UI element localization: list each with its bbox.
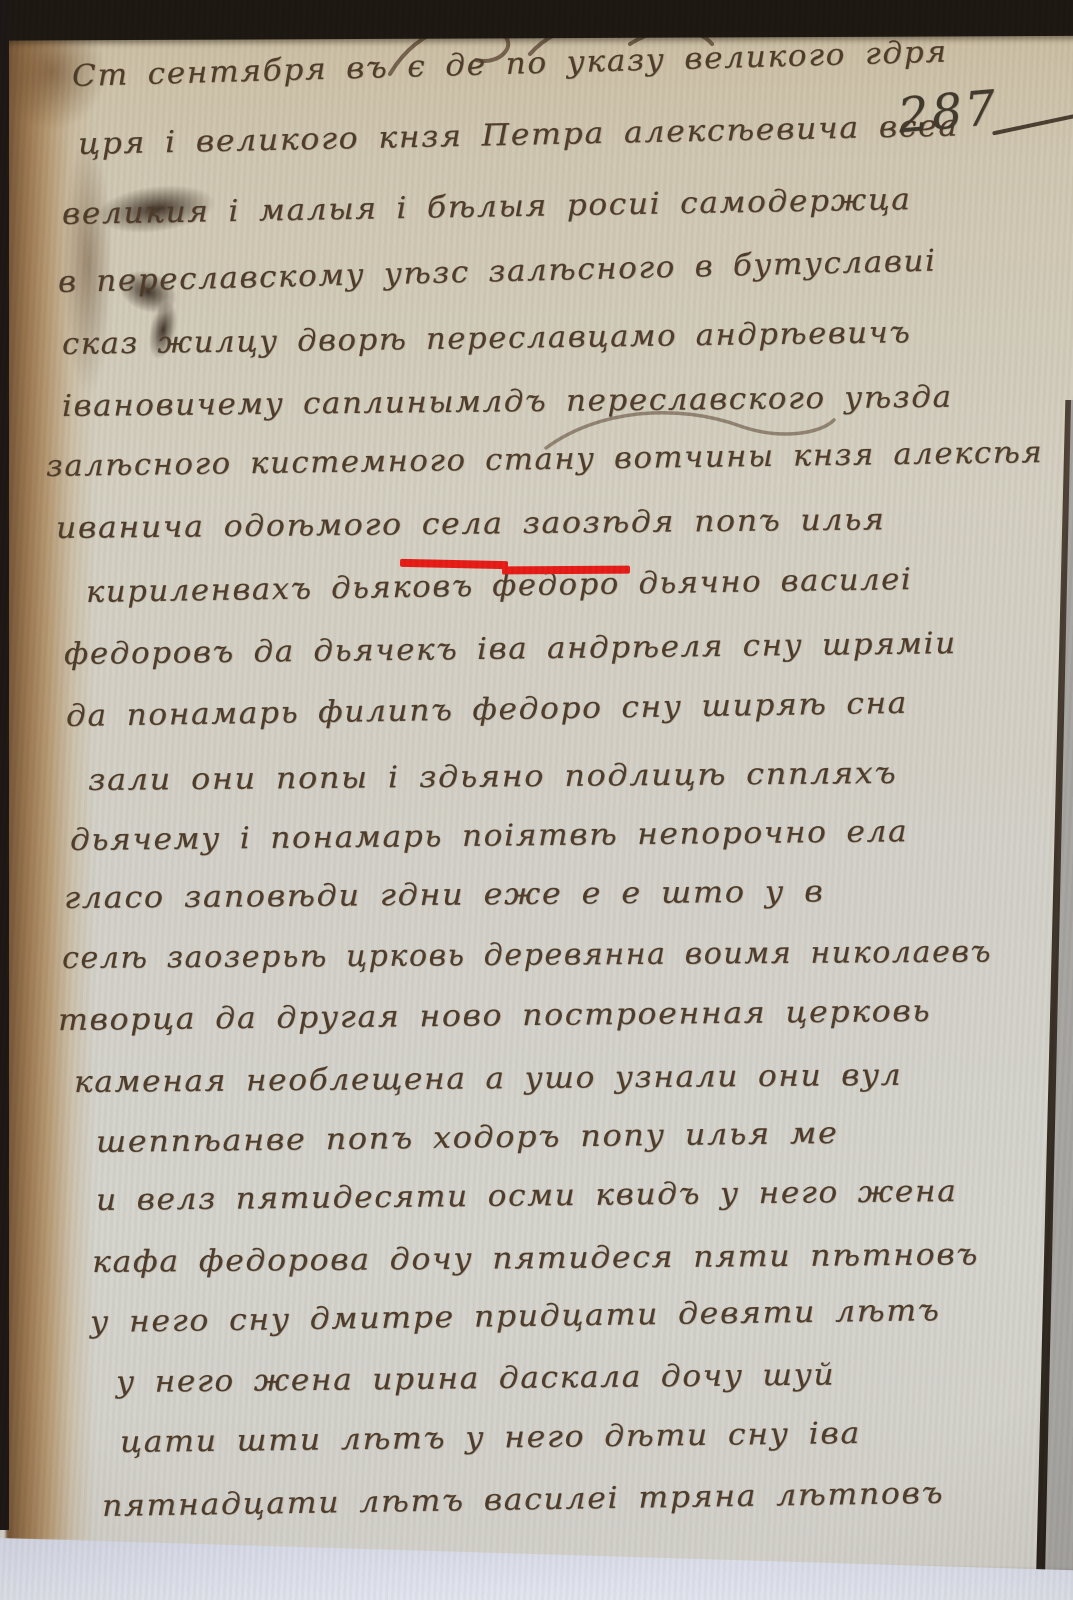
- manuscript-line: федоровъ да дьячекъ іва андрѣеля сну шря…: [64, 629, 957, 670]
- manuscript-line: гласо заповѣди гдни еже е е што у в: [64, 877, 825, 914]
- manuscript-line: цря і великого кнзя Петра алексѣевича вс…: [78, 112, 960, 160]
- table-surface-bottom: [0, 1538, 1073, 1600]
- manuscript-line: кафа федорова дочу пятидеся пяти пѣтновъ: [92, 1240, 979, 1278]
- manuscript-line: дьячему і понамарь поіятвѣ непорочно ела: [70, 817, 909, 856]
- manuscript-line: да понамарь филипъ федоро сну ширяѣ сна: [66, 689, 908, 732]
- manuscript-photo: Ст сентября въ є де по указу великого гд…: [0, 0, 1073, 1600]
- page-number: 287: [896, 84, 1000, 141]
- red-underline-annotation: [502, 566, 630, 575]
- manuscript-line: зали они попы і здьяно подлицѣ сппляхъ: [88, 759, 898, 796]
- manuscript-line: Ст сентября въ є де по указу великого гд…: [72, 38, 949, 92]
- photo-frame-left: [0, 0, 9, 1530]
- photo-frame-top: [0, 0, 1073, 41]
- manuscript-line: в переславскому уѣзс залѣсного в бутусла…: [58, 247, 937, 298]
- manuscript-line: у него жена ирина даскала дочу шуй: [116, 1360, 835, 1398]
- red-underline-annotation: [400, 559, 508, 569]
- manuscript-line: кириленвахъ дьяковъ федоро дьячно василе…: [86, 565, 913, 608]
- manuscript-line: творца да другая ново построенная церков…: [58, 997, 931, 1036]
- manuscript-line: и велз пятидесяти осми квидъ у него жена: [96, 1177, 958, 1216]
- manuscript-line: иванича одоѣмого села заозѣдя попъ илья: [56, 505, 886, 544]
- manuscript-line: цати шти лѣтъ у него дѣти сну іва: [120, 1419, 861, 1458]
- manuscript-line: пятнадцати лѣтъ василеі тряна лѣтповъ: [102, 1479, 945, 1522]
- manuscript-line: каменая необлещена а ушо узнали они вул: [74, 1061, 903, 1098]
- manuscript-line: у него сну дмитре придцати девяти лѣтъ: [90, 1296, 941, 1338]
- manuscript-line: шеппѣанве попъ ходоръ попу илья ме: [96, 1119, 839, 1158]
- manuscript-line: селѣ заозерьѣ црковь деревянна воимя ник…: [62, 938, 992, 974]
- manuscript-line: сказ жилцу дворѣ переславцамо андрѣевичъ: [62, 318, 912, 360]
- manuscript-line: івановичему саплинымлдъ переславского уѣ…: [62, 383, 953, 422]
- manuscript-line: залѣсного кистемного стану вотчины кнзя …: [46, 438, 1044, 482]
